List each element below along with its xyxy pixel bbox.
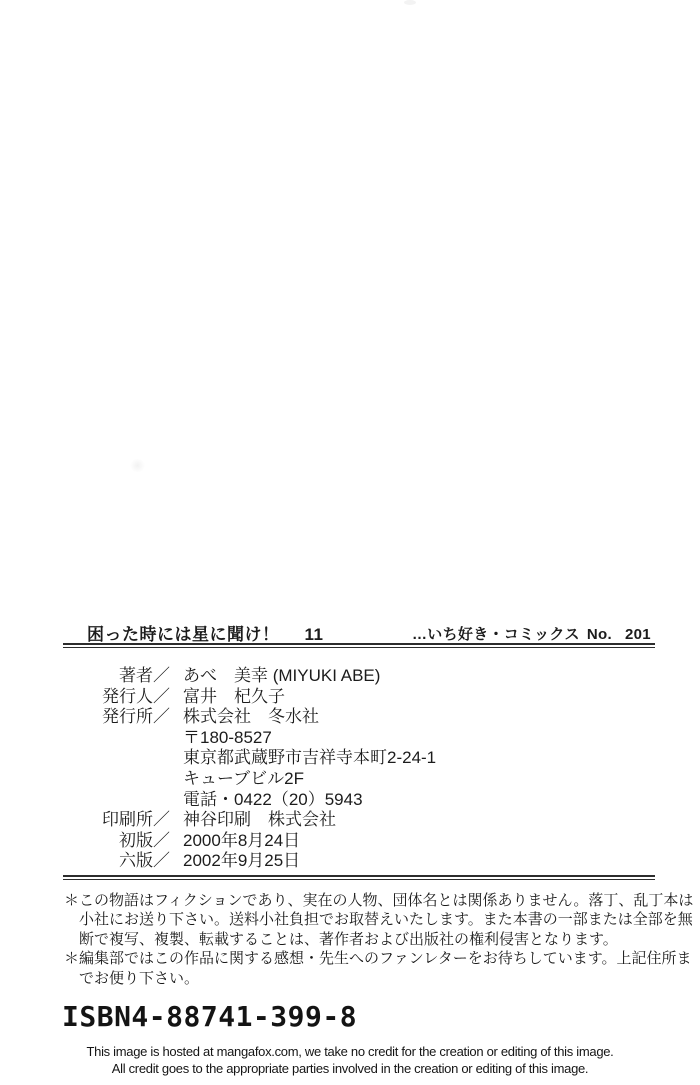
header-title: 困った時には星に聞け！11 (87, 620, 323, 645)
colophon-label: 六版／ (58, 846, 170, 867)
colophon-row-printer: 印刷所／ 神谷印刷 株式会社 (58, 805, 436, 826)
notice-rule-thin (63, 879, 655, 880)
colophon-label: 印刷所／ (58, 805, 170, 826)
colophon-row-first-edition: 初版／ 2000年8月24日 (58, 826, 436, 847)
colophon-value: 神谷印刷 株式会社 (183, 805, 336, 826)
colophon-row-sixth-edition: 六版／ 2002年9月25日 (58, 846, 436, 867)
isbn-number: ISBN4-88741-399-8 (62, 1000, 357, 1033)
volume-number: 11 (305, 625, 324, 644)
hosting-disclaimer-line2: All credit goes to the appropriate parti… (0, 1060, 700, 1077)
colophon-label (58, 723, 170, 744)
notice-line: 断で複写、複製、転載することは、著作者および出版社の権利侵害となります。 (64, 931, 649, 950)
colophon-row-publishing-house: 発行所／ 株式会社 冬水社 (58, 702, 436, 723)
hosting-disclaimer: This image is hosted at mangafox.com, we… (0, 1043, 700, 1077)
legal-notice-block: ＊この物語はフィクションであり、実在の人物、団体名とは関係ありません。落丁、乱丁… (64, 892, 649, 989)
colophon-label (58, 764, 170, 785)
notice-line: ＊この物語はフィクションであり、実在の人物、団体名とは関係ありません。落丁、乱丁… (64, 892, 649, 911)
colophon-value: キューブビル2F (183, 764, 304, 785)
colophon-value: 株式会社 冬水社 (183, 702, 319, 723)
colophon-row-author: 著者／ あべ 美幸 (MIYUKI ABE) (58, 661, 436, 682)
colophon-label: 発行人／ (58, 682, 170, 703)
title-rule-thick (63, 643, 655, 645)
scan-artifact (130, 459, 145, 472)
colophon-value: 2002年9月25日 (183, 846, 300, 867)
colophon-label (58, 743, 170, 764)
colophon-row-building: キューブビル2F (58, 764, 436, 785)
colophon-label (58, 785, 170, 806)
series-title: 困った時には星に聞け！ (87, 625, 280, 644)
colophon-value: 〒180-8527 (183, 723, 272, 744)
scan-artifact (404, 0, 416, 5)
colophon-row-postal-code: 〒180-8527 (58, 723, 436, 744)
colophon-value: 東京都武蔵野市吉祥寺本町2-24-1 (183, 743, 436, 764)
colophon-label: 初版／ (58, 826, 170, 847)
colophon-row-address: 東京都武蔵野市吉祥寺本町2-24-1 (58, 743, 436, 764)
colophon-value: 富井 杞久子 (183, 682, 285, 703)
imprint-number-label: No. (587, 626, 612, 643)
colophon-row-phone: 電話・0422（20）5943 (58, 785, 436, 806)
hosting-disclaimer-line1: This image is hosted at mangafox.com, we… (0, 1043, 700, 1060)
colophon-value: 2000年8月24日 (183, 826, 300, 847)
colophon-label: 発行所／ (58, 702, 170, 723)
imprint-number: 201 (625, 626, 651, 643)
header-imprint: …いち好き・コミックスNo.201 (412, 623, 651, 644)
notice-line: ＊編集部ではこの作品に関する感想・先生へのファンレターをお待ちしています。上記住… (64, 950, 649, 969)
scanned-colophon-page: 困った時には星に聞け！11 …いち好き・コミックスNo.201 著者／ あべ 美… (0, 0, 700, 1085)
notice-line: 小社にお送り下さい。送料小社負担でお取替えいたします。また本書の一部または全部を… (64, 911, 649, 930)
notice-line: でお便り下さい。 (64, 970, 649, 989)
colophon-label: 著者／ (58, 661, 170, 682)
colophon-value: 電話・0422（20）5943 (183, 785, 363, 806)
colophon-block: 著者／ あべ 美幸 (MIYUKI ABE) 発行人／ 富井 杞久子 発行所／ … (58, 661, 436, 867)
imprint-name: …いち好き・コミックス (412, 626, 580, 643)
title-rule-thin (63, 647, 655, 648)
notice-rule-thick (63, 875, 655, 877)
colophon-value: あべ 美幸 (MIYUKI ABE) (183, 661, 380, 682)
